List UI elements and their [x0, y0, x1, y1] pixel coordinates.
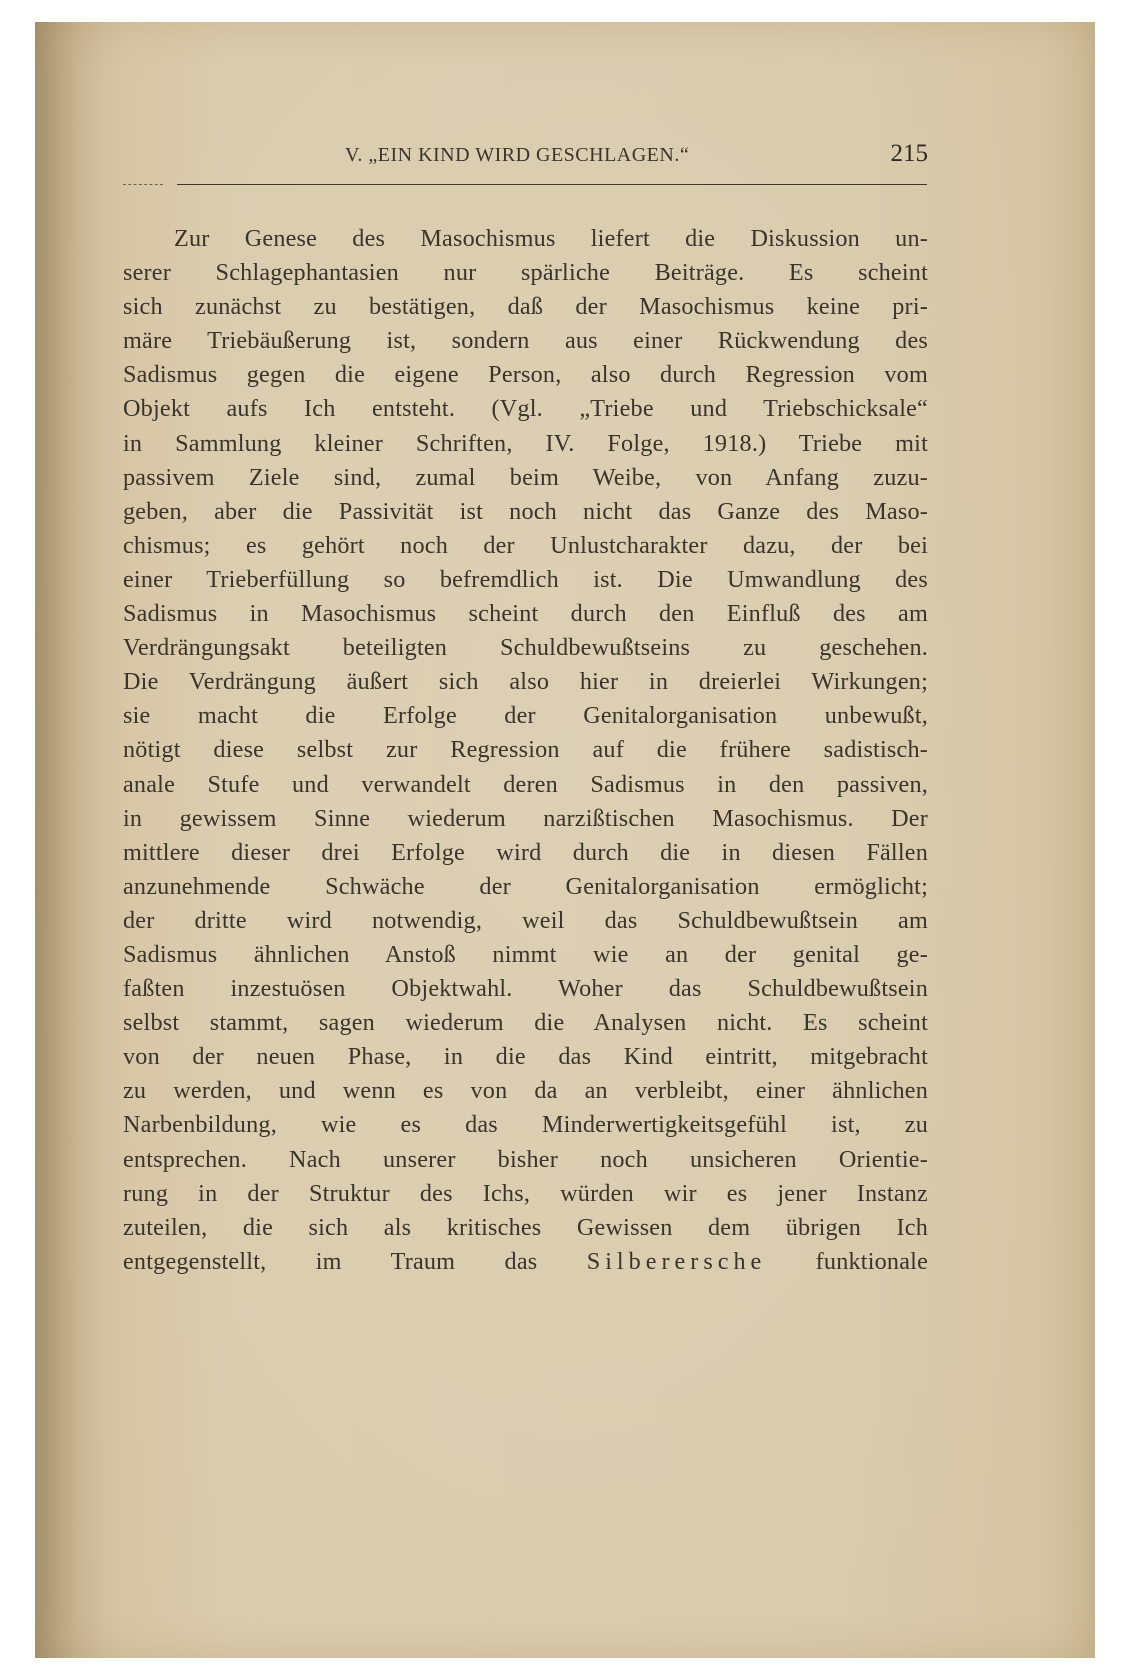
page-number: 215: [891, 140, 929, 168]
binding-gutter-shadow: [35, 22, 125, 1658]
book-page: V. „EIN KIND WIRD GESCHLAGEN.“ 215 Zur G…: [35, 22, 1095, 1658]
text-line: serer Schlagephantasien nur spärliche Be…: [123, 256, 928, 290]
text-line: nötigt diese selbst zur Regression auf d…: [123, 733, 928, 767]
text-line: faßten inzestuösen Objektwahl. Woher das…: [123, 972, 928, 1006]
text-line: Objekt aufs Ich entsteht. (Vgl. „Triebe …: [123, 392, 928, 426]
body-text: Zur Genese des Masochismus liefert die D…: [123, 222, 928, 1279]
text-line: Sadismus in Masochismus scheint durch de…: [123, 597, 928, 631]
text-line: entsprechen. Nach unserer bisher noch un…: [123, 1143, 928, 1177]
text-line: Narbenbildung, wie es das Minderwertigke…: [123, 1108, 928, 1142]
text-line: zu werden, und wenn es von da an verblei…: [123, 1074, 928, 1108]
text-line: der dritte wird notwendig, weil das Schu…: [123, 904, 928, 938]
text-line: einer Trieberfüllung so befremdlich ist.…: [123, 563, 928, 597]
text-line: von der neuen Phase, in die das Kind ein…: [123, 1040, 928, 1074]
spaced-emphasis-word: Silberersche: [587, 1248, 767, 1275]
text-line: passivem Ziele sind, zumal beim Weibe, v…: [123, 461, 928, 495]
text-line: chismus; es gehört noch der Unlustcharak…: [123, 529, 928, 563]
header-rule: [177, 184, 927, 185]
text-line: sich zunächst zu bestätigen, daß der Mas…: [123, 290, 928, 324]
text-line-last: entgegenstellt, im Traum das Silberersch…: [123, 1245, 928, 1279]
running-header: V. „EIN KIND WIRD GESCHLAGEN.“ 215: [125, 142, 928, 182]
text-line: geben, aber die Passivität ist noch nich…: [123, 495, 928, 529]
text-line: anale Stufe und verwandelt deren Sadismu…: [123, 768, 928, 802]
text-fragment: entgegenstellt, im Traum das: [123, 1248, 537, 1275]
text-line: märe Triebäußerung ist, sondern aus eine…: [123, 324, 928, 358]
text-line: Die Verdrängung äußert sich also hier in…: [123, 665, 928, 699]
text-line: zuteilen, die sich als kritisches Gewiss…: [123, 1211, 928, 1245]
text-line: Sadismus ähnlichen Anstoß nimmt wie an d…: [123, 938, 928, 972]
text-line: rung in der Struktur des Ichs, würden wi…: [123, 1177, 928, 1211]
text-line: Sadismus gegen die eigene Person, also d…: [123, 358, 928, 392]
text-line: sie macht die Erfolge der Genitalorganis…: [123, 699, 928, 733]
text-line: anzunehmende Schwäche der Genitalorganis…: [123, 870, 928, 904]
text-line: Verdrängungsakt beteiligten Schuldbewußt…: [123, 631, 928, 665]
text-line: Zur Genese des Masochismus liefert die D…: [123, 222, 928, 256]
running-title: V. „EIN KIND WIRD GESCHLAGEN.“: [345, 144, 689, 167]
text-line: mittlere dieser drei Erfolge wird durch …: [123, 836, 928, 870]
text-line: selbst stammt, sagen wiederum die Analys…: [123, 1006, 928, 1040]
text-line: in gewissem Sinne wiederum narzißtischen…: [123, 802, 928, 836]
header-rule-fragment: [123, 184, 163, 185]
text-line: in Sammlung kleiner Schriften, IV. Folge…: [123, 427, 928, 461]
text-fragment: funktionale: [816, 1248, 928, 1275]
